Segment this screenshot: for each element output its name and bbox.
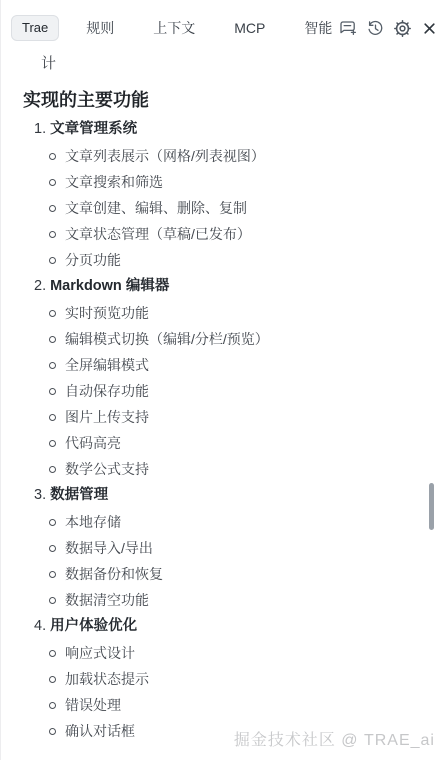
list-item-text: 实时预览功能 [65,305,149,321]
tab-rules[interactable]: 规则 [86,20,114,36]
circle-bullet-icon [49,414,56,421]
section-title-text: Markdown 编辑器 [50,278,169,294]
list-item: 数据备份和恢复 [49,566,419,582]
list-item-text: 响应式设计 [65,645,135,661]
tab-agent[interactable]: 智能 [304,20,332,36]
circle-bullet-icon [49,728,56,735]
list-item: 数据导入/导出 [49,540,419,556]
circle-bullet-icon [49,571,56,578]
circle-bullet-icon [49,362,56,369]
clipped-text-line: 计 [41,55,419,73]
circle-bullet-icon [49,257,56,264]
circle-bullet-icon [49,466,56,473]
close-icon [422,21,437,36]
circle-bullet-icon [49,440,56,447]
section-number: 4. [34,618,46,634]
list-item: 响应式设计 [49,645,419,661]
feature-section-title: 4.用户体验优化 [23,618,419,635]
feature-item-list: 文章列表展示（网格/列表视图）文章搜索和筛选文章创建、编辑、删除、复制文章状态管… [23,148,419,268]
tab-trae[interactable]: Trae [11,15,59,41]
circle-bullet-icon [49,153,56,160]
section-number: 3. [34,487,46,503]
history-button[interactable] [366,19,385,38]
tabbar-icon-group [339,19,439,38]
circle-bullet-icon [49,702,56,709]
list-item-text: 加载状态提示 [65,671,149,687]
feature-section-title: 2.Markdown 编辑器 [23,278,419,295]
list-item: 代码高亮 [49,435,419,451]
list-item-text: 文章搜索和筛选 [65,174,163,190]
feature-item-list: 响应式设计加载状态提示错误处理确认对话框 [23,645,419,739]
feature-section: 3.数据管理本地存储数据导入/导出数据备份和恢复数据清空功能 [23,487,419,608]
section-title-text: 文章管理系统 [50,121,137,137]
circle-bullet-icon [49,519,56,526]
list-item: 加载状态提示 [49,671,419,687]
circle-bullet-icon [49,310,56,317]
tab-bar: Trae 规则 上下文 MCP 智能 [1,0,439,48]
section-heading: 实现的主要功能 [23,89,419,111]
list-item-text: 本地存储 [65,514,121,530]
circle-bullet-icon [49,231,56,238]
list-item-text: 全屏编辑模式 [65,357,149,373]
feature-list: 1.文章管理系统文章列表展示（网格/列表视图）文章搜索和筛选文章创建、编辑、删除… [23,121,419,739]
feature-section: 4.用户体验优化响应式设计加载状态提示错误处理确认对话框 [23,618,419,739]
section-number: 2. [34,278,46,294]
chat-message-content: 计 实现的主要功能 1.文章管理系统文章列表展示（网格/列表视图）文章搜索和筛选… [1,48,439,739]
new-chat-icon [339,19,358,38]
circle-bullet-icon [49,676,56,683]
tab-mcp[interactable]: MCP [234,20,265,36]
settings-button[interactable] [393,19,412,38]
section-title-text: 数据管理 [50,487,108,503]
list-item: 数据清空功能 [49,592,419,608]
circle-bullet-icon [49,336,56,343]
new-chat-button[interactable] [339,19,358,38]
feature-item-list: 实时预览功能编辑模式切换（编辑/分栏/预览）全屏编辑模式自动保存功能图片上传支持… [23,305,419,477]
feature-item-list: 本地存储数据导入/导出数据备份和恢复数据清空功能 [23,514,419,608]
feature-section-title: 3.数据管理 [23,487,419,504]
list-item: 文章状态管理（草稿/已发布） [49,226,419,242]
list-item-text: 数学公式支持 [65,461,149,477]
list-item-text: 确认对话框 [65,723,135,739]
list-item-text: 代码高亮 [65,435,121,451]
settings-icon [393,19,412,38]
list-item: 数学公式支持 [49,461,419,477]
list-item-text: 文章状态管理（草稿/已发布） [65,226,251,242]
list-item-text: 图片上传支持 [65,409,149,425]
list-item: 分页功能 [49,252,419,268]
circle-bullet-icon [49,650,56,657]
section-title-text: 用户体验优化 [50,618,137,634]
history-icon [366,19,385,38]
list-item-text: 分页功能 [65,252,121,268]
list-item: 文章创建、编辑、删除、复制 [49,200,419,216]
list-item-text: 数据备份和恢复 [65,566,163,582]
circle-bullet-icon [49,388,56,395]
list-item-text: 数据清空功能 [65,592,149,608]
list-item: 编辑模式切换（编辑/分栏/预览） [49,331,419,347]
close-button[interactable] [420,19,439,38]
list-item: 本地存储 [49,514,419,530]
circle-bullet-icon [49,597,56,604]
section-number: 1. [34,121,46,137]
list-item-text: 自动保存功能 [65,383,149,399]
circle-bullet-icon [49,545,56,552]
list-item-text: 数据导入/导出 [65,540,153,556]
list-item: 文章列表展示（网格/列表视图） [49,148,419,164]
watermark-text: 掘金技术社区 @ TRAE_ai [234,727,435,750]
feature-section: 1.文章管理系统文章列表展示（网格/列表视图）文章搜索和筛选文章创建、编辑、删除… [23,121,419,268]
list-item-text: 文章列表展示（网格/列表视图） [65,148,265,164]
feature-section: 2.Markdown 编辑器实时预览功能编辑模式切换（编辑/分栏/预览）全屏编辑… [23,278,419,477]
list-item: 全屏编辑模式 [49,357,419,373]
scrollbar-thumb[interactable] [429,483,434,530]
circle-bullet-icon [49,205,56,212]
list-item-text: 编辑模式切换（编辑/分栏/预览） [65,331,269,347]
list-item: 自动保存功能 [49,383,419,399]
list-item: 实时预览功能 [49,305,419,321]
feature-section-title: 1.文章管理系统 [23,121,419,138]
tab-context[interactable]: 上下文 [153,20,195,36]
list-item: 图片上传支持 [49,409,419,425]
circle-bullet-icon [49,179,56,186]
list-item-text: 文章创建、编辑、删除、复制 [65,200,247,216]
list-item: 文章搜索和筛选 [49,174,419,190]
list-item-text: 错误处理 [65,697,121,713]
list-item: 错误处理 [49,697,419,713]
trae-chat-panel: Trae 规则 上下文 MCP 智能 [0,0,439,760]
